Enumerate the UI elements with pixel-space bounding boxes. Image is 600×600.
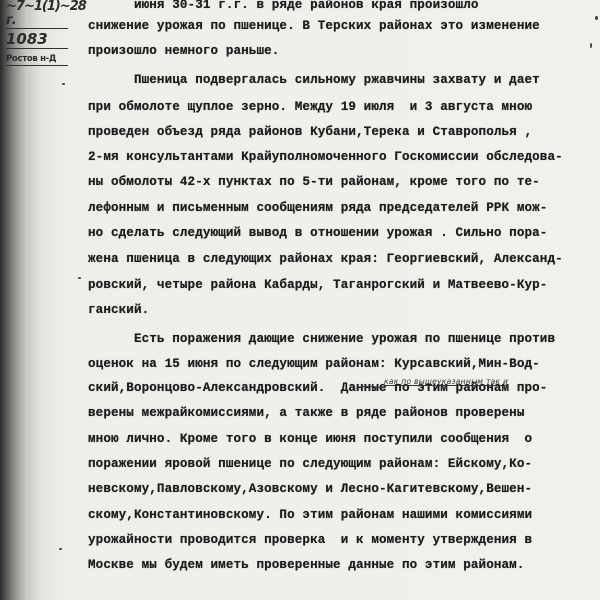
- typewritten-line: 2-мя консультантами Крайуполномоченного …: [88, 146, 563, 168]
- typewritten-line: жена пшеница в следующих районах края: Г…: [88, 248, 563, 270]
- typewritten-line: мною лично. Кроме того в конце июня пост…: [88, 428, 532, 450]
- typewritten-line: произошло немного раньше.: [88, 40, 279, 62]
- stamp-city: Ростов н-Д: [6, 53, 68, 66]
- scan-speck: [62, 83, 65, 85]
- scan-speck: [59, 548, 62, 550]
- scan-speck: [590, 43, 592, 48]
- typewritten-line: невскому,Павловскому,Азовскому и Лесно-К…: [88, 478, 532, 500]
- scanned-document-page: ~7~1(1)~28 г. 1083 Ростов н-Д июня 30-31…: [0, 0, 600, 600]
- typewritten-line: при обмолоте щуплое зерно. Между 19 июля…: [88, 96, 532, 118]
- typewritten-line: верены межрайкомиссиями, а также в ряде …: [88, 402, 524, 424]
- typewritten-line: Есть поражения дающие снижение урожая по…: [88, 328, 555, 350]
- typewritten-line: снижение урожая по пшенице. В Терских ра…: [88, 15, 540, 37]
- typewritten-line: Пшеница подвергалась сильному ржавчины з…: [88, 69, 540, 91]
- insertion-caret-mark: [352, 386, 386, 395]
- typewritten-line: скому,Константиновскому. По этим районам…: [88, 504, 532, 526]
- stamp-number: 1083: [6, 30, 68, 49]
- typewritten-line: ны обмолоты 42-х пунктах по 5-ти районам…: [88, 171, 540, 193]
- archive-stamp: ~7~1(1)~28 г. 1083 Ростов н-Д: [6, 0, 68, 66]
- typewritten-line: Москве мы будем иметь проверенные данные…: [88, 554, 524, 576]
- handwritten-insertion: как по вышеуказанным так и: [384, 377, 508, 386]
- typewritten-line: урожайности проводится проверка и к моме…: [88, 529, 532, 551]
- typewritten-line: июня 30-31 г.г. в ряде районов края прои…: [88, 0, 479, 16]
- typewritten-line: ровский, четыре района Кабарды, Таганрог…: [88, 274, 547, 296]
- stamp-date-scrawl: ~7~1(1)~28 г.: [6, 0, 68, 29]
- typewritten-line: оценок на 15 июня по следующим районам: …: [88, 353, 540, 375]
- typewritten-line: лефонным и письменным сообщениям ряда пр…: [88, 197, 547, 219]
- typewritten-line: проведен объезд ряда районов Кубани,Тере…: [88, 121, 532, 143]
- typewritten-line: ганский.: [88, 299, 149, 321]
- typewritten-line: но сделать следующий вывод в отношении у…: [88, 222, 547, 244]
- scan-speck: [78, 277, 81, 279]
- typewritten-line: поражении яровой пшенице по следующим ра…: [88, 453, 532, 475]
- scan-speck: [595, 16, 598, 20]
